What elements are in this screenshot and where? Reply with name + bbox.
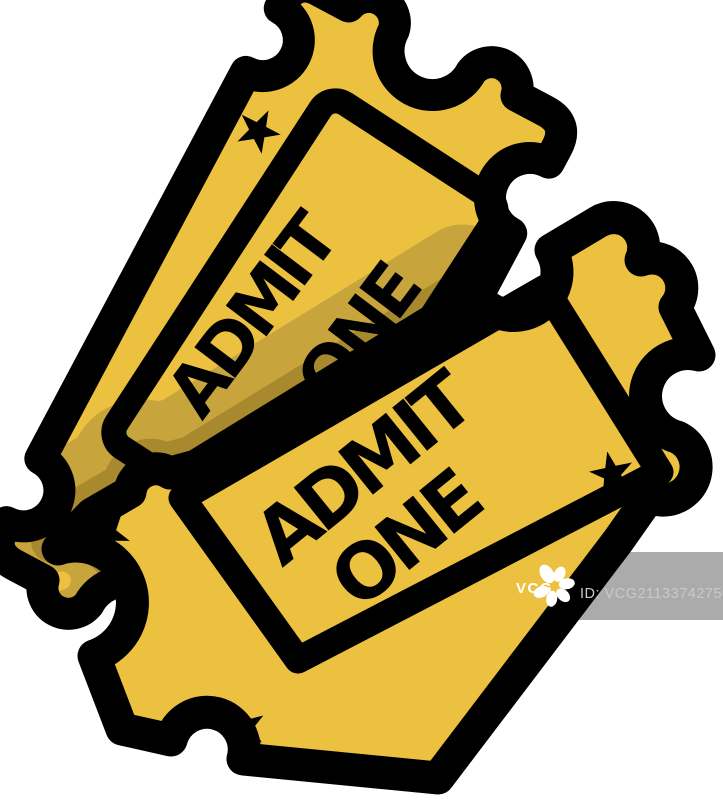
stock-image-canvas: ADMIT ONE ADMIT ONE VCG xyxy=(0,0,723,800)
watermark-id-text: ID: VCG211337427502 xyxy=(580,586,723,602)
tickets-illustration: ADMIT ONE ADMIT ONE VCG xyxy=(0,0,723,800)
